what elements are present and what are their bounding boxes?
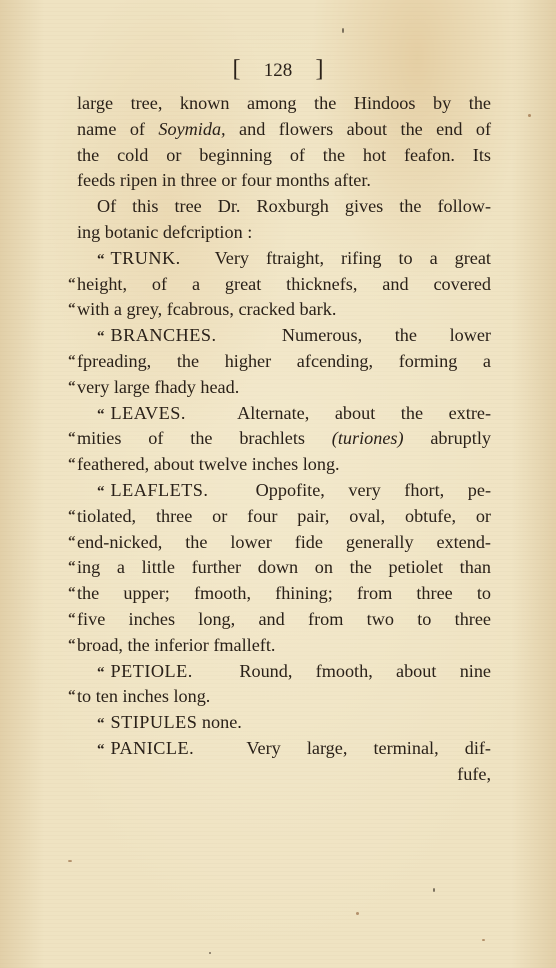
line-text: Alternate, about the extre- [237, 403, 491, 423]
text-line: “ height, of a great thicknefs, and cove… [77, 272, 491, 298]
line-text: the cold or beginning of the hot feafon.… [77, 145, 491, 165]
paper-speck [68, 860, 72, 862]
line-text: abruptly [404, 428, 491, 448]
line-text: and flowers about the end of [226, 119, 491, 139]
quote-mark: “ [68, 530, 76, 556]
text-line: the cold or beginning of the hot feafon.… [77, 143, 491, 169]
bracket-open: [ [233, 56, 241, 83]
catchword: fufe, [77, 762, 491, 788]
text-line: “ end-nicked, the lower fide generally e… [77, 530, 491, 556]
section-heading: STIPULES [111, 712, 198, 732]
italic-term-turiones: (turiones) [332, 428, 404, 448]
line-text: end-nicked, the lower fide generally ext… [77, 532, 491, 552]
text-line: feeds ripen in three or four months afte… [77, 168, 491, 194]
italic-term-soymida: Soymida, [158, 119, 225, 139]
quote-mark: “ [68, 426, 76, 452]
line-text: five inches long, and from two to three [77, 609, 491, 629]
line-text: feeds ripen in three or four months afte… [77, 170, 371, 190]
open-quote-mark: “ [97, 329, 105, 345]
line-text: ing a little further down on the petiole… [77, 557, 491, 577]
quote-mark: “ [68, 375, 76, 401]
quote-mark: “ [68, 555, 76, 581]
book-page: [ 128 ] large tree, known among the Hind… [0, 0, 556, 968]
line-text: mities of the brachlets [77, 428, 332, 448]
quote-mark: “ [68, 581, 76, 607]
text-line: name of Soymida, and flowers about the e… [77, 117, 491, 143]
quote-mark: “ [68, 504, 76, 530]
text-line: “ to ten inches long. [77, 684, 491, 710]
section-petiole: “PETIOLE. Round, fmooth, about nine [77, 659, 491, 685]
section-heading: BRANCHES. [111, 325, 217, 345]
line-text: Numerous, the lower [282, 325, 491, 345]
section-leaflets: “LEAFLETS. Oppofite, very fhort, pe- [77, 478, 491, 504]
paper-speck [433, 888, 435, 892]
page-header: [ 128 ] [0, 56, 556, 83]
section-heading: LEAFLETS. [111, 480, 209, 500]
text-line: large tree, known among the Hindoos by t… [77, 91, 491, 117]
section-heading: PANICLE. [111, 738, 195, 758]
section-panicle: “PANICLE. Very large, terminal, dif- [77, 736, 491, 762]
page-body: large tree, known among the Hindoos by t… [77, 91, 491, 788]
section-heading: LEAVES. [111, 403, 186, 423]
paper-speck [209, 952, 211, 954]
quote-mark: “ [68, 272, 76, 298]
quote-mark: “ [68, 297, 76, 323]
line-text: height, of a great thicknefs, and covere… [77, 274, 491, 294]
line-text: Very large, terminal, dif- [246, 738, 491, 758]
line-text: none. [202, 712, 242, 732]
text-line: “ five inches long, and from two to thre… [77, 607, 491, 633]
line-text: ing botanic defcription : [77, 222, 252, 242]
open-quote-mark: “ [97, 665, 105, 681]
page-number: 128 [264, 60, 293, 82]
line-text: Very ftraight, rifing to a great [215, 248, 491, 268]
line-text: Oppofite, very fhort, pe- [256, 480, 491, 500]
line-text: very large fhady head. [77, 377, 239, 397]
line-text: broad, the inferior fmalleft. [77, 635, 275, 655]
text-line: “ feathered, about twelve inches long. [77, 452, 491, 478]
quote-mark: “ [68, 349, 76, 375]
section-branches: “BRANCHES. Numerous, the lower [77, 323, 491, 349]
open-quote-mark: “ [97, 484, 105, 500]
open-quote-mark: “ [97, 407, 105, 423]
line-text: name of [77, 119, 158, 139]
section-trunk: “TRUNK. Very ftraight, rifing to a great [77, 246, 491, 272]
paper-speck [528, 114, 531, 117]
line-text: the upper; fmooth, fhining; from three t… [77, 583, 491, 603]
section-heading: TRUNK. [111, 248, 181, 268]
open-quote-mark: “ [97, 252, 105, 268]
quote-mark: “ [68, 607, 76, 633]
line-text: to ten inches long. [77, 686, 210, 706]
paper-speck [356, 912, 359, 915]
catchword-text: fufe, [457, 764, 491, 784]
text-line: “ broad, the inferior fmalleft. [77, 633, 491, 659]
line-text: with a grey, fcabrous, cracked bark. [77, 299, 336, 319]
quote-mark: “ [68, 452, 76, 478]
line-text: tiolated, three or four pair, oval, obtu… [77, 506, 491, 526]
text-line: “ with a grey, fcabrous, cracked bark. [77, 297, 491, 323]
open-quote-mark: “ [97, 742, 105, 758]
line-text: Round, fmooth, about nine [239, 661, 491, 681]
section-leaves: “LEAVES. Alternate, about the extre- [77, 401, 491, 427]
line-text: Of this tree Dr. Roxburgh gives the foll… [97, 196, 491, 216]
text-line: Of this tree Dr. Roxburgh gives the foll… [77, 194, 491, 220]
text-line: “ mities of the brachlets (turiones) abr… [77, 426, 491, 452]
bracket-close: ] [316, 56, 324, 83]
quote-mark: “ [68, 633, 76, 659]
open-quote-mark: “ [97, 716, 105, 732]
text-line: ing botanic defcription : [77, 220, 491, 246]
text-line: “ fpreading, the higher afcending, formi… [77, 349, 491, 375]
text-line: “ the upper; fmooth, fhining; from three… [77, 581, 491, 607]
line-text: feathered, about twelve inches long. [77, 454, 340, 474]
text-line: “ tiolated, three or four pair, oval, ob… [77, 504, 491, 530]
paper-speck [482, 939, 485, 941]
line-text: fpreading, the higher afcending, forming… [77, 351, 491, 371]
section-stipules: “STIPULES none. [77, 710, 491, 736]
section-heading: PETIOLE. [111, 661, 193, 681]
quote-mark: “ [68, 684, 76, 710]
line-text: large tree, known among the Hindoos by t… [77, 93, 491, 113]
text-line: “ very large fhady head. [77, 375, 491, 401]
paper-speck [342, 28, 344, 33]
text-line: “ ing a little further down on the petio… [77, 555, 491, 581]
